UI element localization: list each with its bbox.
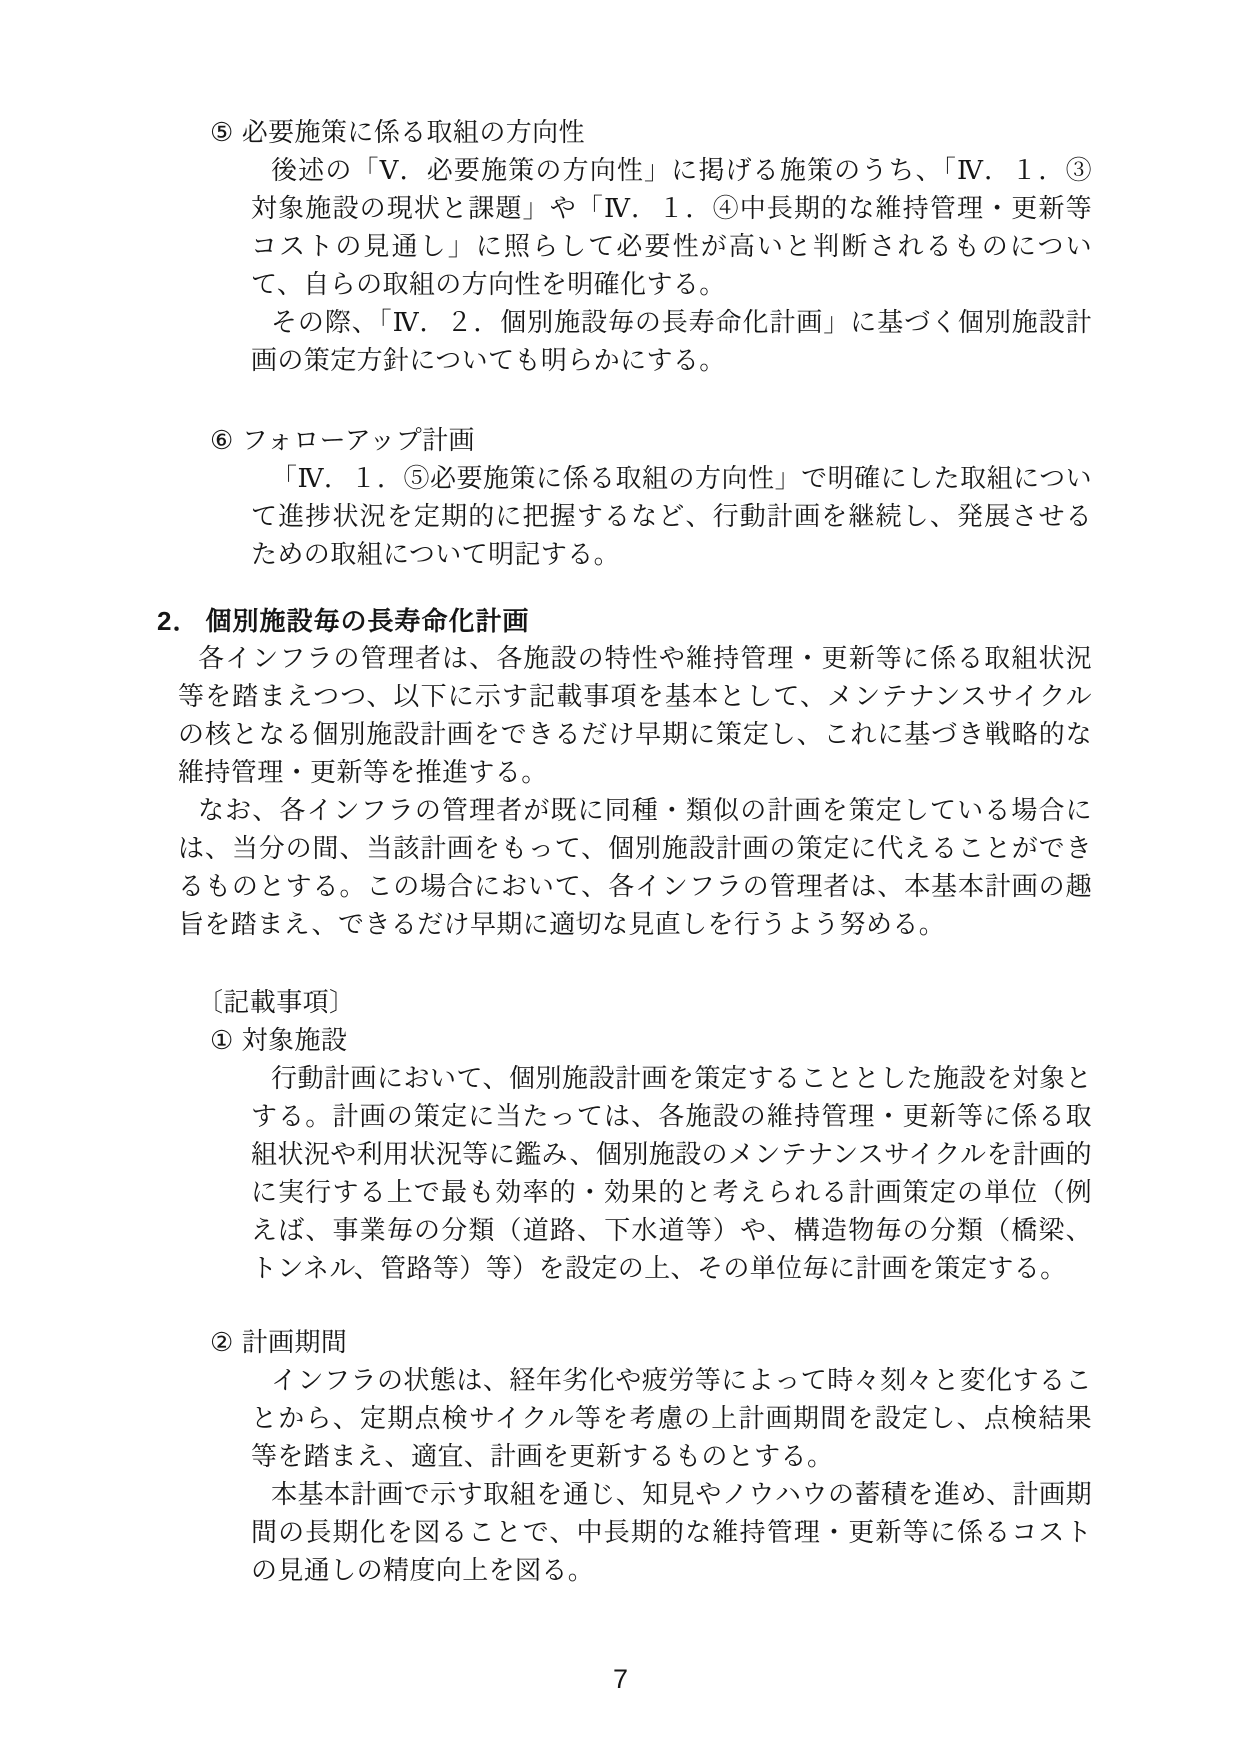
item-2-section: ②計画期間 インフラの状態は、経年劣化や疲労等によって時々刻々と変化することから… [0,1324,1241,1590]
section-2: 2．個別施設毎の長寿命化計画 各インフラの管理者は、各施設の特性や維持管理・更新… [0,602,1241,944]
section-2-number: 2． [157,606,199,636]
document-page: ⑤必要施策に係る取組の方向性 後述の「Ⅴ．必要施策の方向性」に掲げる施策のうち、… [0,0,1241,1755]
item-1-section: ①対象施設 行動計画において、個別施設計画を策定することとした施設を対象とする。… [0,1022,1241,1288]
item-2-paragraph-2: 本基本計画で示す取組を通じ、知見やノウハウの蓄積を進め、計画期間の長期化を図るこ… [251,1476,1092,1590]
item-5-heading: ⑤必要施策に係る取組の方向性 [0,114,1241,152]
item-6-circled-number: ⑥ [210,426,234,455]
item-5-section: ⑤必要施策に係る取組の方向性 後述の「Ⅴ．必要施策の方向性」に掲げる施策のうち、… [0,114,1241,380]
item-2-paragraph-1: インフラの状態は、経年劣化や疲労等によって時々刻々と変化することから、定期点検サ… [251,1362,1092,1476]
item-6-title: フォローアップ計画 [242,426,475,455]
item-2-heading: ②計画期間 [0,1324,1241,1362]
item-6-paragraph-1: 「Ⅳ．１．⑤必要施策に係る取組の方向性」で明確にした取組について進捗状況を定期的… [251,460,1092,574]
section-2-paragraph-1: 各インフラの管理者は、各施設の特性や維持管理・更新等に係る取組状況等を踏まえつつ… [178,640,1092,792]
item-5-paragraph-2: その際、「Ⅳ．２．個別施設毎の長寿命化計画」に基づく個別施設計画の策定方針につい… [251,304,1092,380]
page-number: 7 [0,1664,1241,1695]
item-5-title: 必要施策に係る取組の方向性 [242,118,585,147]
section-2-title: 個別施設毎の長寿命化計画 [205,606,529,636]
item-1-heading: ①対象施設 [0,1022,1241,1060]
item-1-paragraph-1: 行動計画において、個別施設計画を策定することとした施設を対象とする。計画の策定に… [251,1060,1092,1288]
section-2-paragraph-2: なお、各インフラの管理者が既に同種・類似の計画を策定している場合には、当分の間、… [178,792,1092,944]
item-1-title: 対象施設 [242,1026,348,1055]
notes-label: 〔記載事項〕 [0,984,1241,1022]
item-5-circled-number: ⑤ [210,118,234,147]
section-2-heading: 2．個別施設毎の長寿命化計画 [0,602,1241,640]
item-6-section: ⑥フォローアップ計画 「Ⅳ．１．⑤必要施策に係る取組の方向性」で明確にした取組に… [0,422,1241,574]
item-6-heading: ⑥フォローアップ計画 [0,422,1241,460]
item-5-paragraph-1: 後述の「Ⅴ．必要施策の方向性」に掲げる施策のうち、「Ⅳ．１．③対象施設の現状と課… [251,152,1092,304]
item-2-title: 計画期間 [242,1328,348,1357]
item-1-circled-number: ① [210,1026,234,1055]
item-2-circled-number: ② [210,1328,234,1357]
